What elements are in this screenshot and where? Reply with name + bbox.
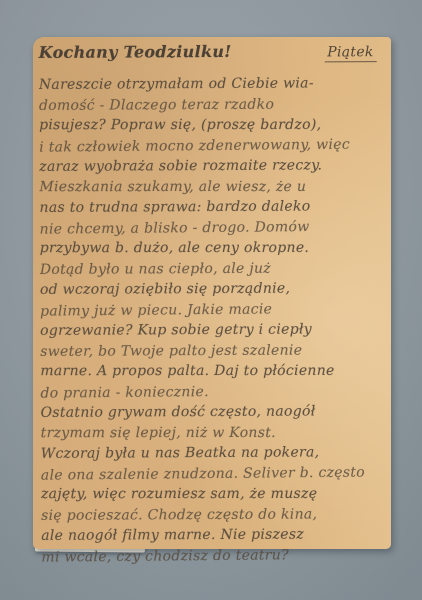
salutation-row: Kochany Teodziulku! Piątek [39, 41, 383, 69]
letter-line: i tak człowiek mocno zdenerwowany, więc [39, 134, 383, 158]
letter-line: ale naogół filmy marne. Nie piszesz [41, 524, 385, 546]
letter-line: trzymam się lepiej, niż w Konst. [41, 422, 385, 443]
letter-paper: Kochany Teodziulku! Piątek Nareszcie otr… [33, 37, 391, 549]
letter-line: sweter, bo Twoje palto jest szalenie [40, 340, 384, 362]
letter-line: zajęty, więc rozumiesz sam, że muszę [41, 484, 385, 505]
letter-line: mi wcale, czy chodzisz do teatru? [41, 544, 385, 568]
letter-body: Nareszcie otrzymałam od Ciebie wia-domoś… [39, 73, 386, 567]
letter-line: marne. A propos palta. Daj to płócienne [40, 361, 384, 382]
letter-line: Ostatnio grywam dość często, naogół [41, 401, 385, 423]
letter-line: domość - Dlaczego teraz rzadko [39, 94, 383, 116]
letter-line: Mieszkania szukamy, ale wiesz, że u [39, 176, 383, 197]
letter-line: palimy już w piecu. Jakie macie [40, 298, 384, 322]
letter-line: się pocieszać. Chodzę często do kina, [41, 504, 385, 526]
letter-line: zaraz wyobraża sobie rozmaite rzeczy. [39, 155, 383, 177]
letter-line: nie chcemy, a blisko - drogo. Domów [40, 216, 384, 240]
letter-line: od wczoraj oziębiło się porządnie, [40, 278, 384, 300]
letter-line: Nareszcie otrzymałam od Ciebie wia- [39, 73, 383, 95]
letter-line: do prania - koniecznie. [40, 380, 384, 404]
letter-line: ale ona szalenie znudzona. Seliver b. cz… [41, 462, 385, 486]
letter-line: ogrzewanie? Kup sobie getry i ciepły [40, 319, 384, 341]
date-label: Piątek [324, 44, 377, 62]
letter-line: Wczoraj była u nas Beatka na pokera, [41, 442, 385, 464]
salutation: Kochany Teodziulku! [39, 42, 232, 62]
letter-line: pisujesz? Popraw się, (proszę bardzo), [39, 115, 383, 136]
letter-line: nas to trudna sprawa: bardzo daleko [39, 196, 383, 218]
letter-line: Dotąd było u nas ciepło, ale już [40, 258, 384, 280]
letter-text: Kochany Teodziulku! Piątek Nareszcie otr… [39, 41, 386, 567]
letter-line: przybywa b. dużo, ale ceny okropne. [40, 238, 384, 259]
